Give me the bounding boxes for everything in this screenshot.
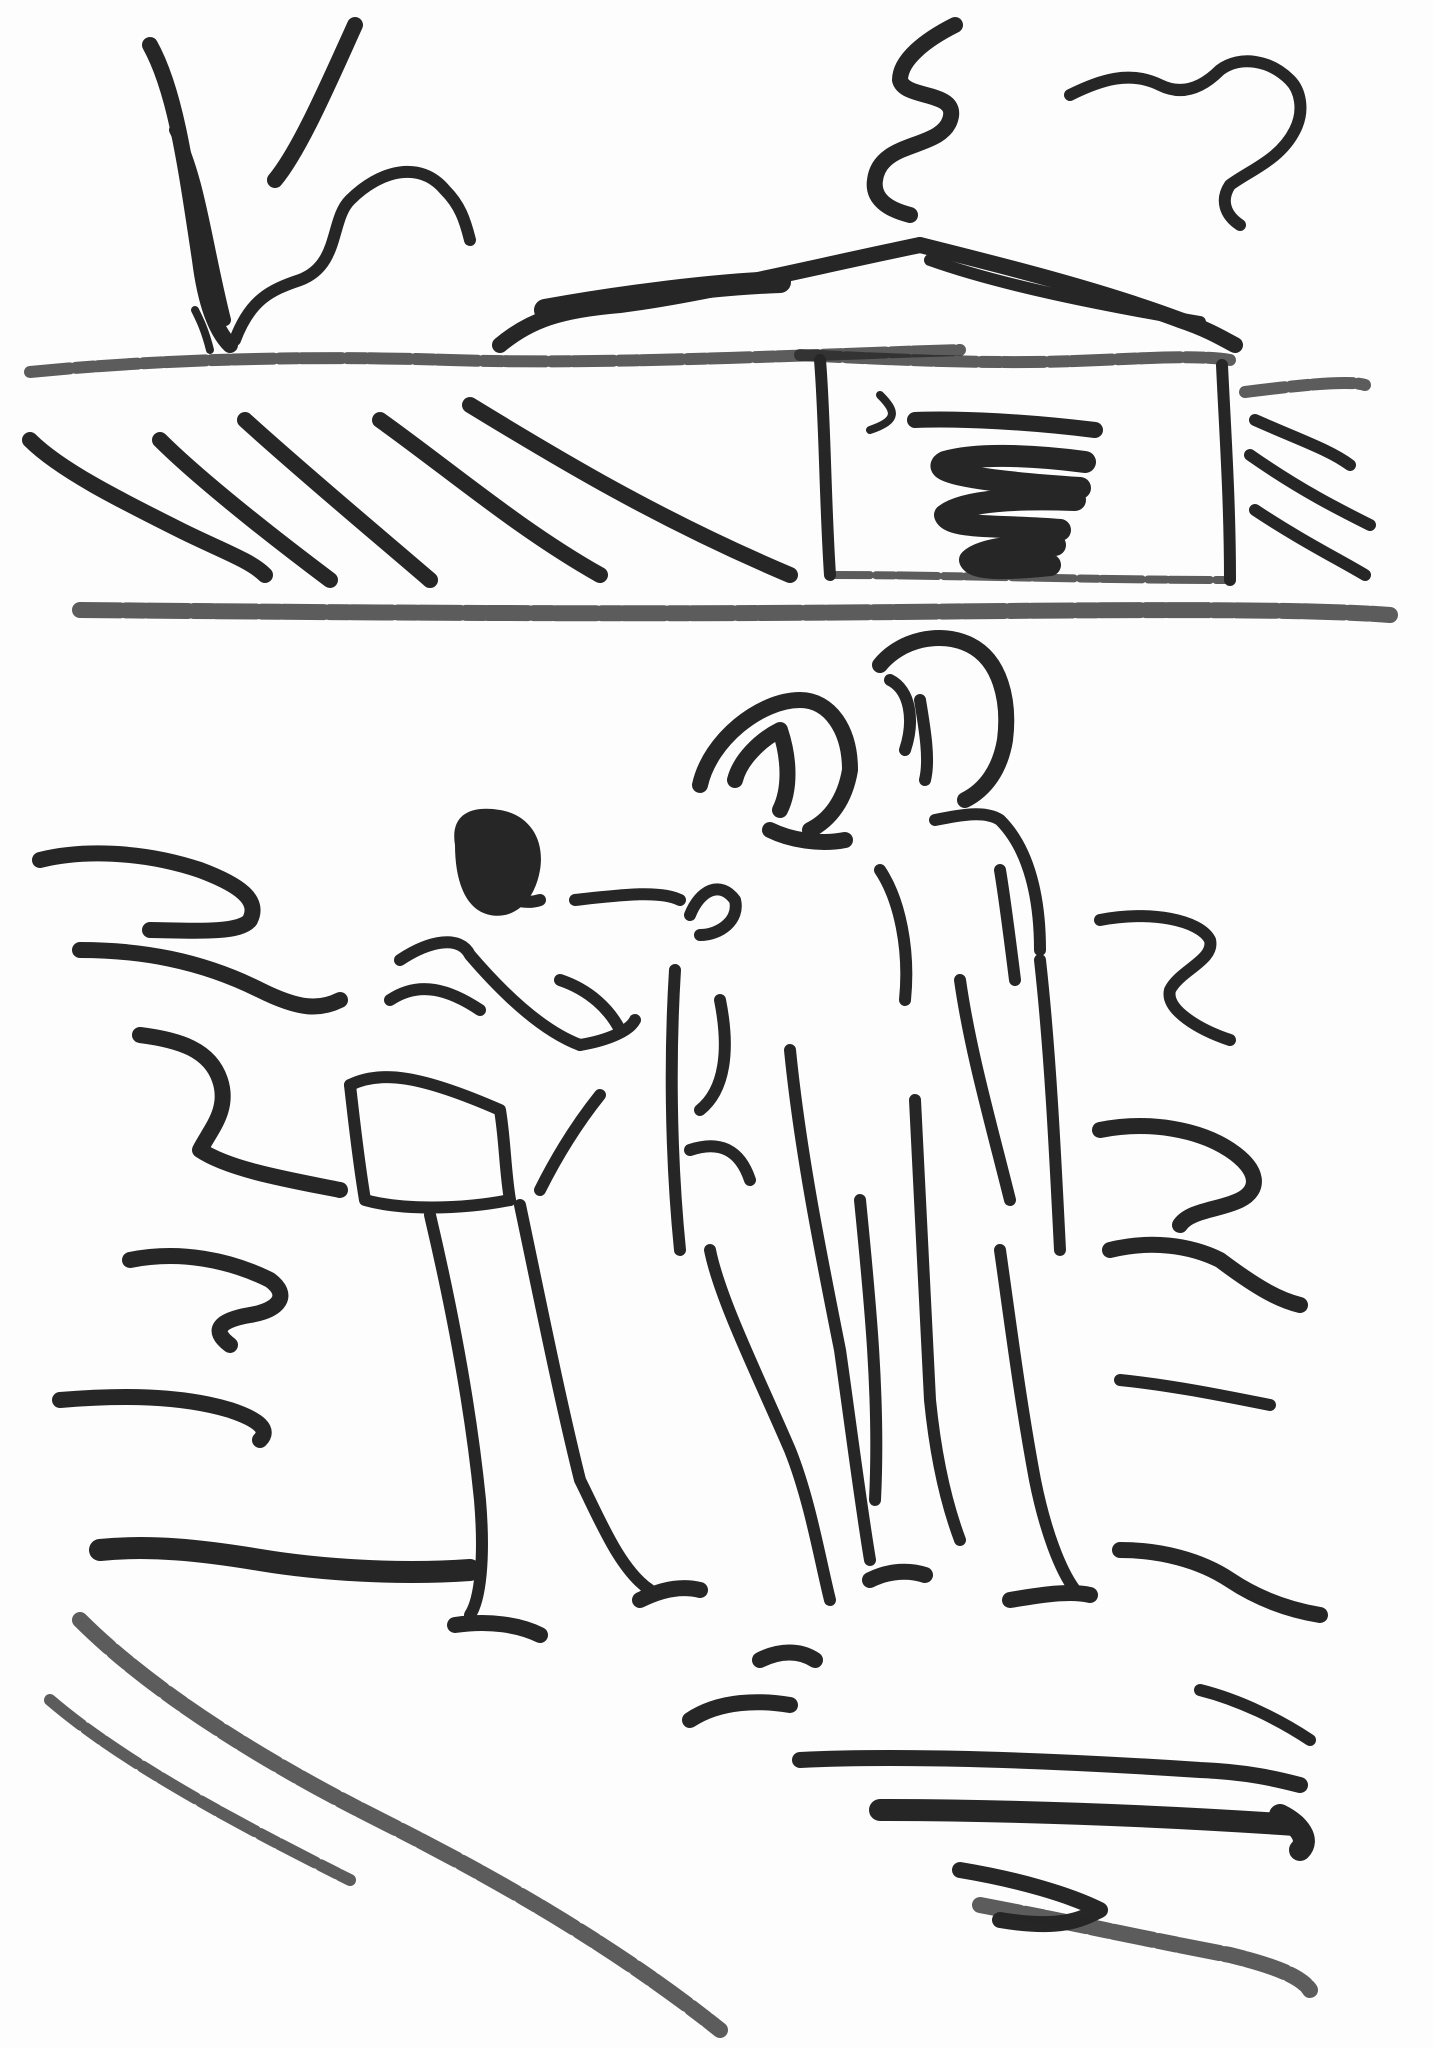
ink-drawing (0, 0, 1433, 2048)
clouds (875, 25, 1301, 225)
building (500, 245, 1235, 580)
figure-right (870, 638, 1090, 1600)
plant (150, 25, 470, 350)
ground-waves-right (1100, 916, 1320, 1740)
foreground-path (50, 1620, 1310, 2030)
building-window (915, 419, 1095, 568)
figure-left (350, 809, 700, 1635)
horizon-line-right (1245, 383, 1365, 392)
ink-drawing-svg (0, 0, 1433, 2048)
